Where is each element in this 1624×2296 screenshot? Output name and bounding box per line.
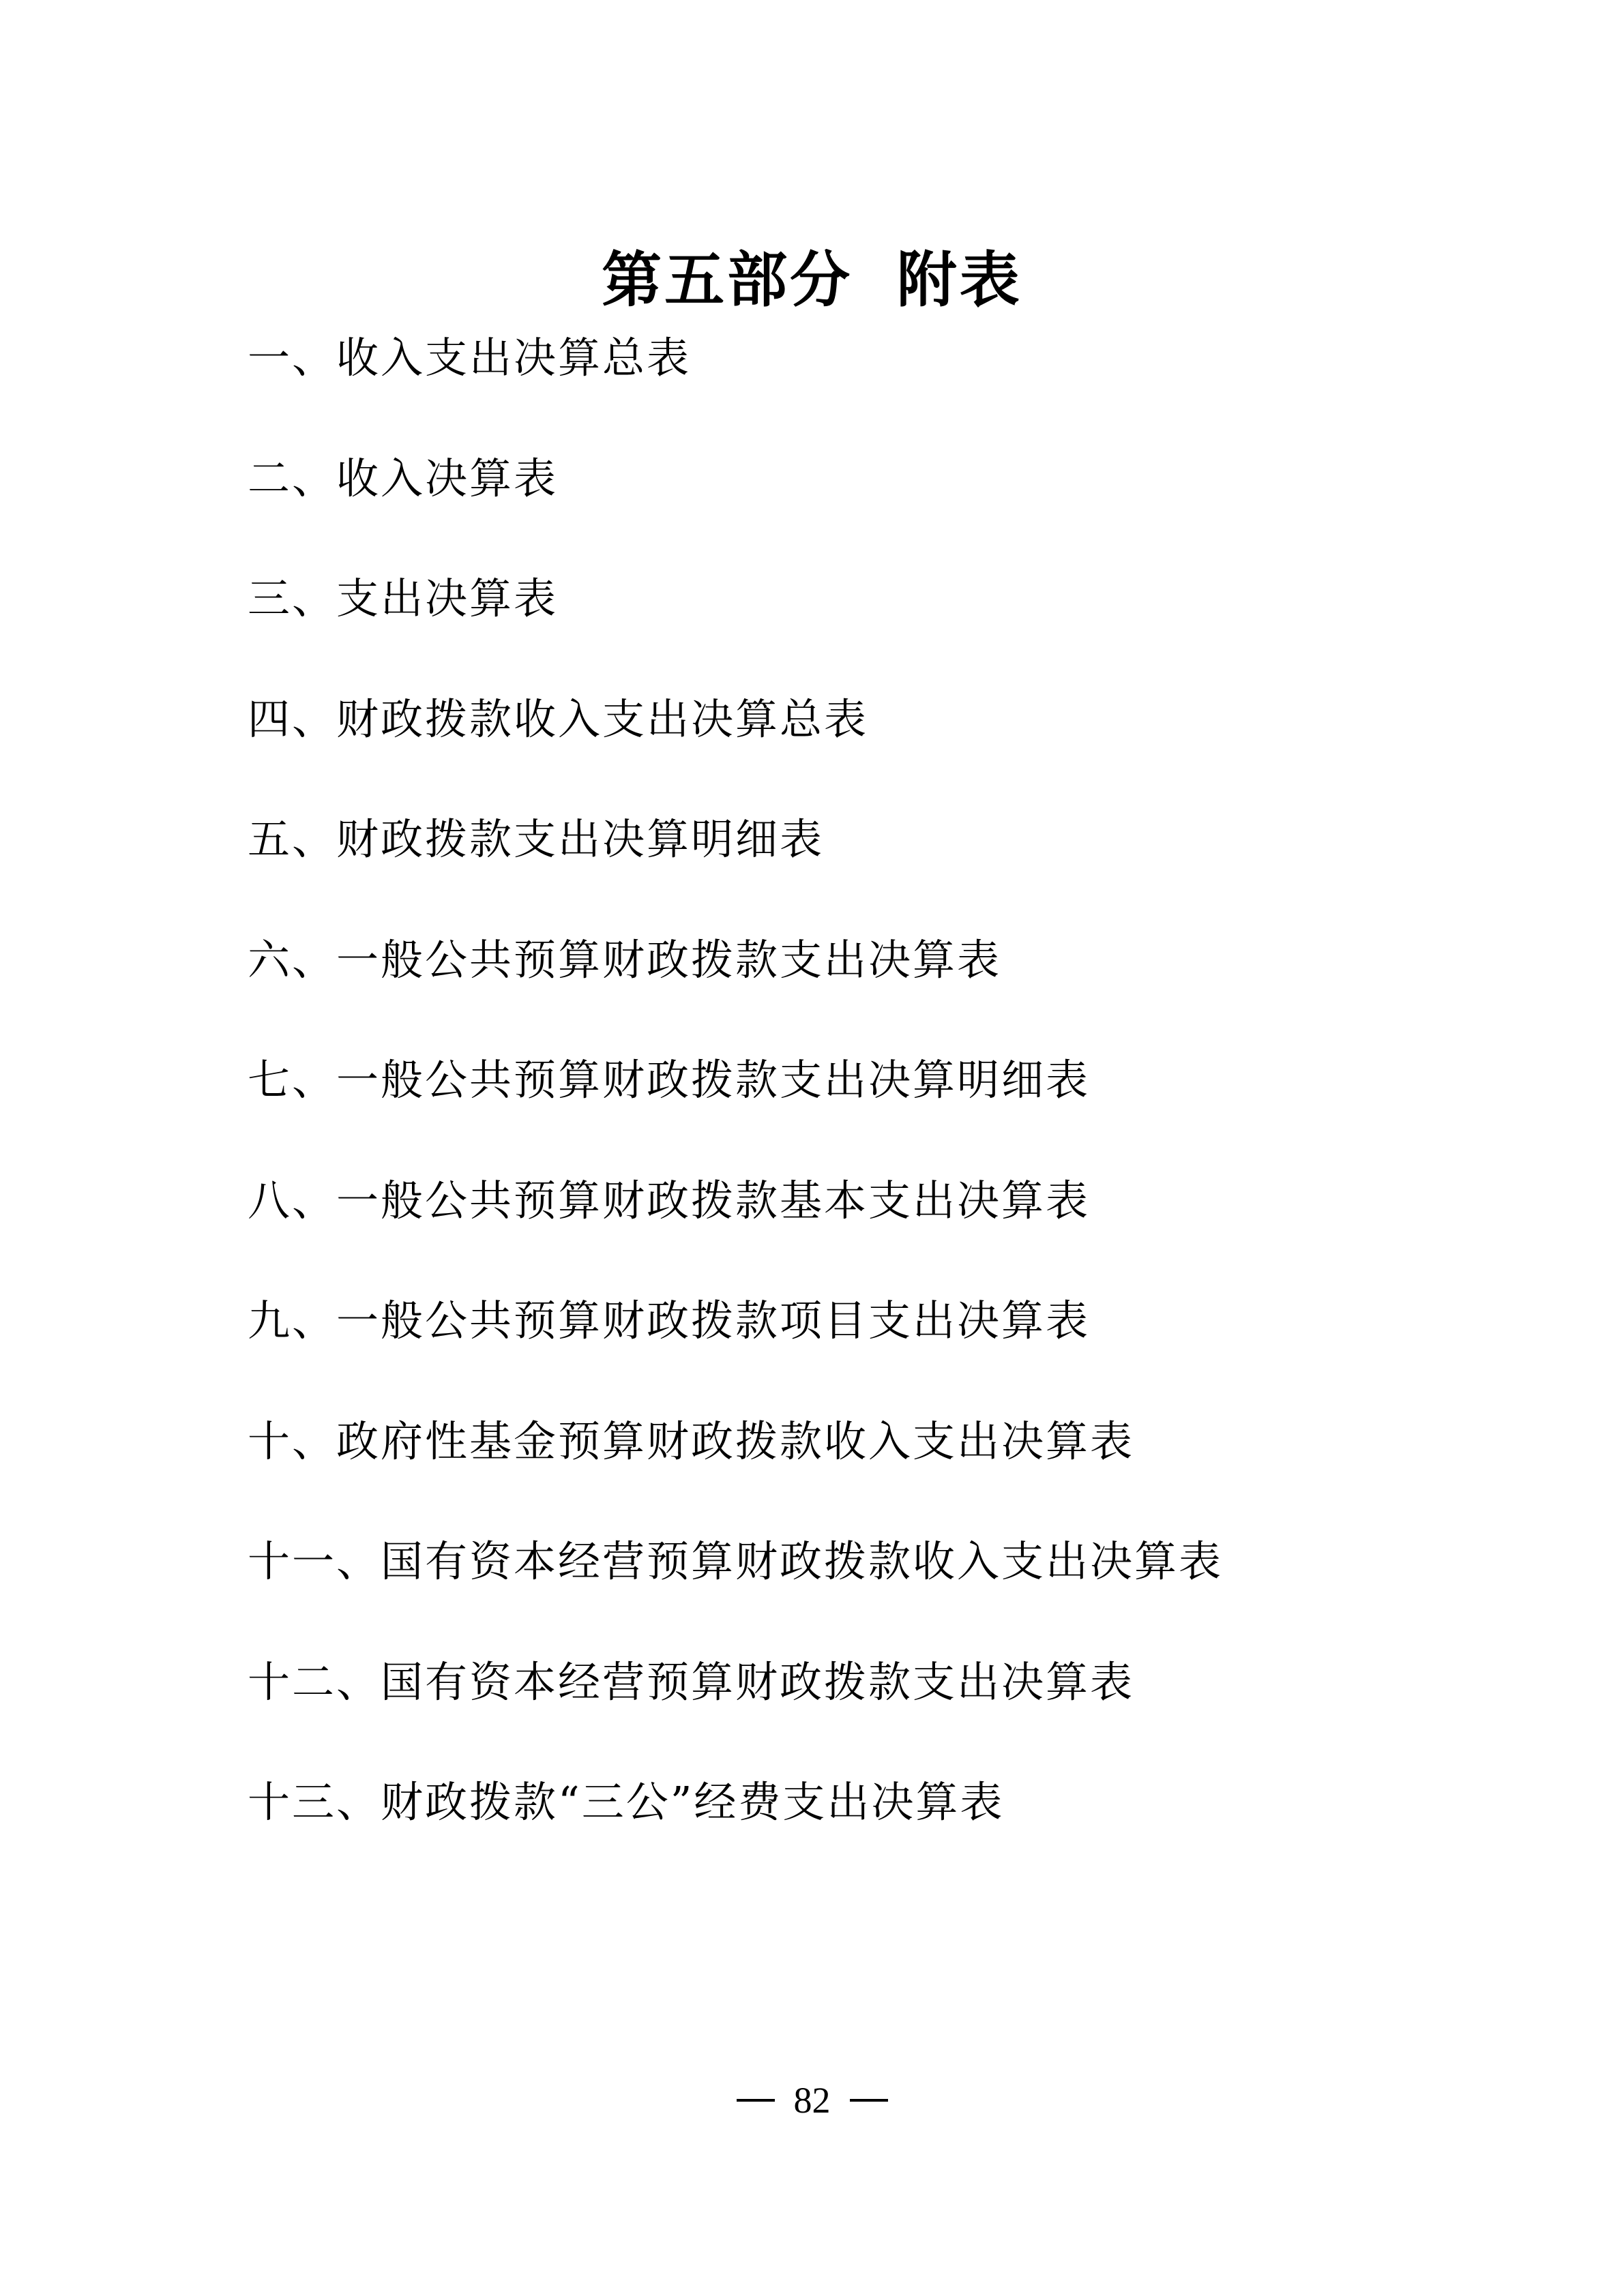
page-footer: 82 xyxy=(0,2076,1624,2124)
dash-left xyxy=(737,2099,775,2102)
list-item: 七、一般公共预算财政拨款支出决算明细表 xyxy=(248,1046,1223,1167)
list-item: 十一、国有资本经营预算财政拨款收入支出决算表 xyxy=(248,1527,1223,1648)
list-item: 十、政府性基金预算财政拨款收入支出决算表 xyxy=(248,1407,1223,1528)
page-title: 第五部分 附表 xyxy=(0,239,1624,321)
list-item: 八、一般公共预算财政拨款基本支出决算表 xyxy=(248,1167,1223,1287)
list-item: 五、财政拨款支出决算明细表 xyxy=(248,805,1223,926)
appendix-table-list: 一、收入支出决算总表 二、收入决算表 三、支出决算表 四、财政拨款收入支出决算总… xyxy=(248,324,1223,1889)
list-item: 十三、财政拨款“三公”经费支出决算表 xyxy=(248,1768,1223,1889)
list-item: 九、一般公共预算财政拨款项目支出决算表 xyxy=(248,1287,1223,1407)
list-item: 三、支出决算表 xyxy=(248,565,1223,685)
list-item: 二、收入决算表 xyxy=(248,445,1223,565)
list-item: 十二、国有资本经营预算财政拨款支出决算表 xyxy=(248,1648,1223,1769)
page-number: 82 xyxy=(794,2076,831,2124)
list-item: 一、收入支出决算总表 xyxy=(248,324,1223,445)
dash-right xyxy=(850,2099,888,2102)
list-item: 六、一般公共预算财政拨款支出决算表 xyxy=(248,926,1223,1047)
list-item: 四、财政拨款收入支出决算总表 xyxy=(248,685,1223,806)
